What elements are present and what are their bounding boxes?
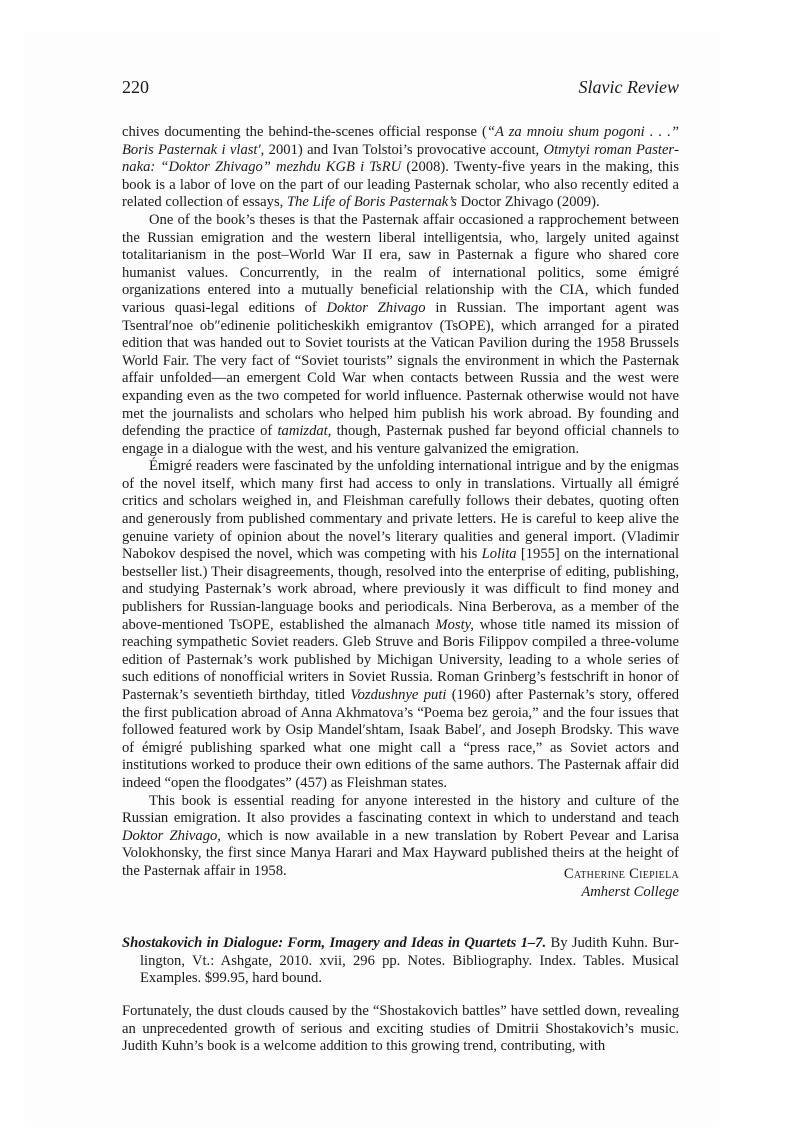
- text-run: in Russian. The important agent was Tsen…: [122, 300, 679, 439]
- next-review-body: Fortunately, the dust clouds caused by t…: [122, 1003, 679, 1056]
- book-title: Shostakovich in Dialogue: Form, Imagery …: [122, 935, 546, 951]
- text-run: Doctor Zhivago (2009).: [457, 194, 600, 210]
- italic-text: The Life of Boris Pasternak’s: [287, 194, 457, 210]
- journal-title: Slavic Review: [579, 76, 679, 98]
- paragraph: Émigré readers were fascinated by the un…: [122, 458, 679, 792]
- italic-text: Vozdushnye puti: [350, 687, 446, 703]
- text-run: chives documenting the behind-the-scenes…: [122, 124, 487, 140]
- italic-text: Lolita: [482, 546, 517, 562]
- paragraph: chives documenting the behind-the-scenes…: [122, 124, 679, 212]
- reviewer-affiliation: Amherst College: [564, 884, 679, 902]
- italic-text: Doktor Zhivago,: [122, 828, 221, 844]
- book-citation: Shostakovich in Dialogue: Form, Imagery …: [122, 935, 679, 988]
- text-run: This book is essential reading for anyon…: [122, 793, 679, 827]
- review-body: chives documenting the behind-the-scenes…: [122, 124, 679, 881]
- italic-text: Mosty,: [435, 617, 474, 633]
- reviewer-name: Catherine Ciepiela: [564, 866, 679, 884]
- italic-text: Doktor Zhivago: [327, 300, 426, 316]
- page-number: 220: [122, 76, 149, 98]
- paragraph: One of the book’s theses is that the Pas…: [122, 212, 679, 458]
- italic-text: tamizdat,: [277, 423, 331, 439]
- text-run: , 2001) and Ivan Tolstoi’s provocative a…: [261, 142, 544, 158]
- paragraph: Fortunately, the dust clouds caused by t…: [122, 1003, 679, 1056]
- reviewer-signature: Catherine Ciepiela Amherst College: [564, 866, 679, 901]
- running-head: 220 Slavic Review: [122, 76, 679, 98]
